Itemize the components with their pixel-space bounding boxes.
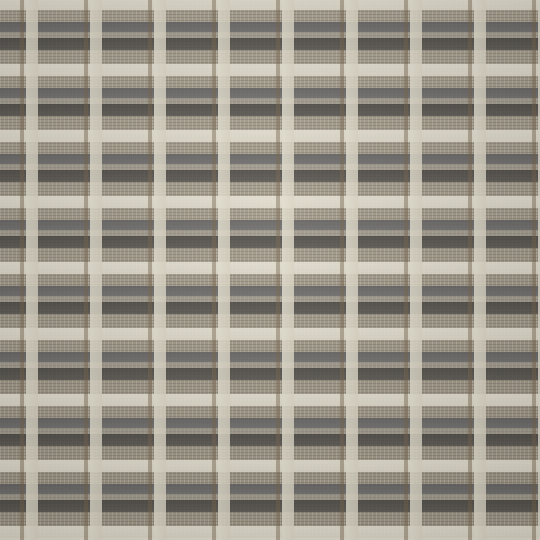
lighting-shade [0, 0, 540, 540]
tweed-fabric-photo [0, 0, 540, 540]
